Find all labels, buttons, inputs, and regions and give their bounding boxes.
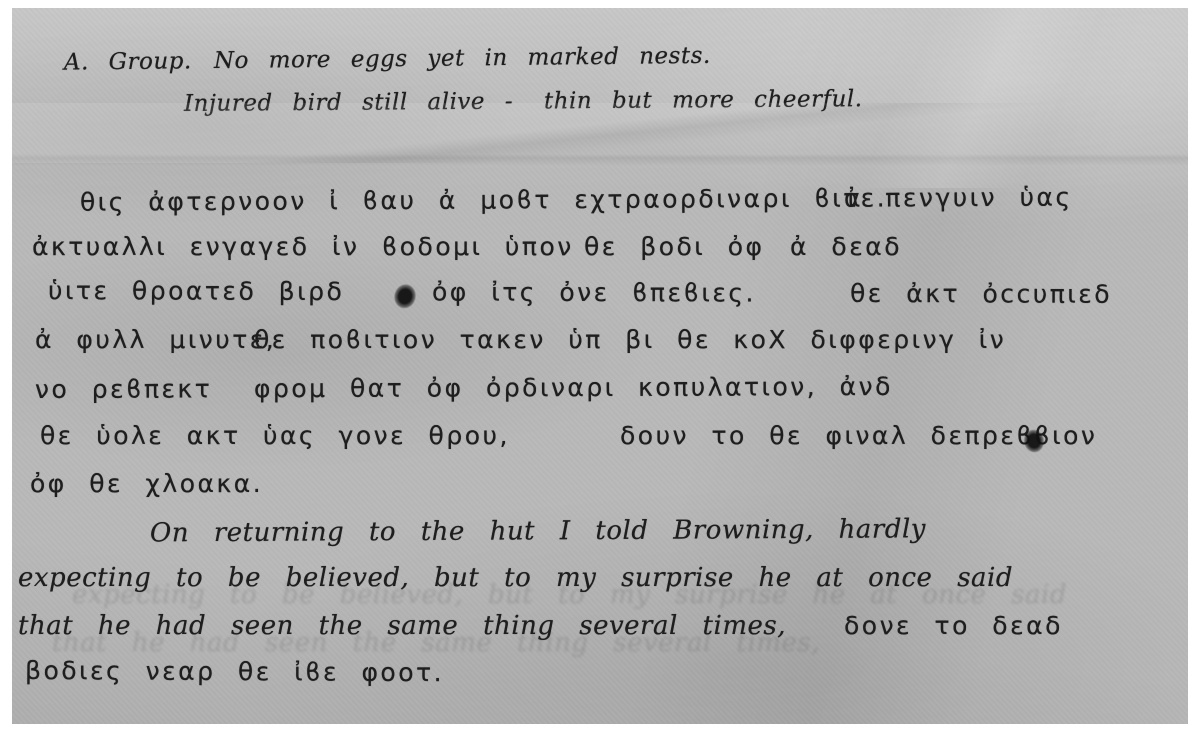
- text-segment: that he had seen the same thing several …: [18, 611, 786, 641]
- handwritten-line: ἀ φυλλ μινυτε, θε ποϐιτιον τακεν ὑπ βι θ…: [12, 325, 1188, 369]
- text-segment: ἀ δεαδ: [790, 232, 902, 261]
- handwritten-line: ὀφ θε χλοακα.: [12, 469, 1188, 513]
- handwritten-line: Injured bird still alive - thin but more…: [12, 84, 1188, 136]
- notebook-page-photo: expecting to be believed, but to my surp…: [12, 8, 1188, 724]
- handwritten-line: νο ρεϐπεκτ φρομ θατ ὀφ ὀρδιναρι κοπυλατι…: [12, 371, 1188, 419]
- handwritten-line: θις ἀφτερνοον ἰ ϐαυ ἀ μοϐτ εχτραορδιναρι…: [12, 182, 1188, 232]
- text-segment: A. Group.: [64, 48, 192, 75]
- handwritten-line: ἀκτυαλλι ενγαγεδ ἰν ϐοδομι ὑπον θε βοδι …: [12, 232, 1188, 276]
- text-segment: thin but more cheerful.: [544, 86, 863, 114]
- handwritten-line: θε ὑολε ακτ ὑας γονε θρου, δουν το θε φι…: [12, 421, 1188, 465]
- text-segment: ὀφ ἰτς ὀνε ϐπεϐιες.: [432, 277, 756, 307]
- text-segment: ἀ φυλλ μινυτε,: [35, 325, 276, 354]
- handwritten-line: ὑιτε θροατεδ βιρδ ὀφ ἰτς ὀνε ϐπεϐιες. θε…: [12, 276, 1188, 324]
- photo-frame: expecting to be believed, but to my surp…: [0, 0, 1200, 732]
- handwritten-line: βοδιες νεαρ θε ἰϐε φοοτ.: [12, 656, 1188, 706]
- text-segment: θε ποϐιτιον τακεν ὑπ βι θε κοΧ διφφερινγ…: [254, 325, 1006, 354]
- text-segment: expecting to be believed, but to my surp…: [18, 563, 1013, 593]
- ink-blot: [386, 276, 423, 316]
- handwritten-line: On returning to the hut I told Browning,…: [12, 513, 1188, 563]
- text-segment: βοδιες νεαρ θε ἰϐε φοοτ.: [25, 656, 444, 687]
- text-segment: θε ἀκτ ὀccυπιεδ: [850, 279, 1112, 309]
- text-segment: θε βοδι ὀφ: [584, 232, 765, 261]
- handwritten-line: that he had seen the same thing several …: [12, 611, 1188, 655]
- text-segment: On returning to the hut I told Browning,…: [150, 514, 926, 548]
- text-segment: θις ἀφτερνοον ἰ ϐαυ ἀ μοϐτ εχτραορδιναρι…: [80, 183, 887, 216]
- text-segment: ἀκτυαλλι ενγαγεδ ἰν ϐοδομι ὑπον: [32, 232, 574, 261]
- text-segment: φρομ θατ ὀφ ὀρδιναρι κοπυλατιον, ἀνδ: [254, 372, 893, 403]
- text-segment: No more eggs yet in marked nests.: [214, 43, 711, 74]
- text-segment: νο ρεϐπεκτ: [35, 374, 212, 404]
- text-segment: θε ὑολε ακτ ὑας γονε θρου,: [40, 421, 510, 450]
- text-segment: δονε το δεαδ: [844, 611, 1063, 640]
- text-segment: ὀφ θε χλοακα.: [30, 469, 263, 498]
- text-segment: ὑιτε θροατεδ βιρδ: [48, 276, 344, 306]
- text-segment: ἀ πενγυιν ὑας: [844, 183, 1073, 213]
- text-segment: Injured bird still alive -: [184, 89, 513, 117]
- handwritten-line: expecting to be believed, but to my surp…: [12, 563, 1188, 607]
